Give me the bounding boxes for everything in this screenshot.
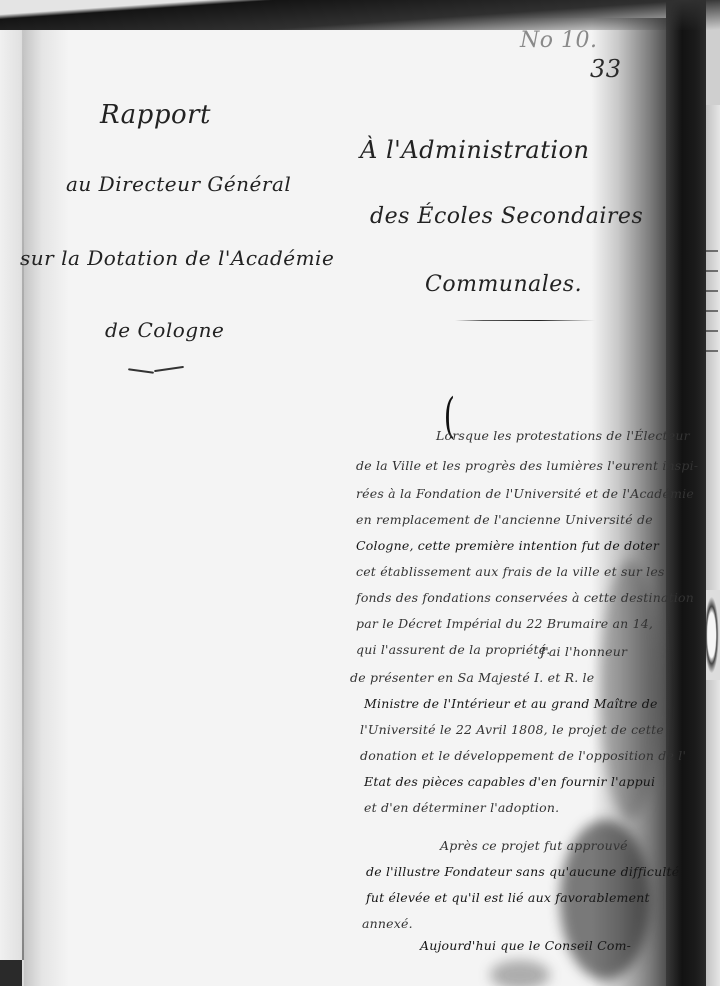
folio-number: No 10.: [520, 28, 597, 53]
body-line: de l'illustre Fondateur sans qu'aucune d…: [366, 864, 679, 879]
body-line: Ministre de l'Intérieur et au grand Maît…: [364, 696, 658, 711]
binding-corner: [0, 960, 22, 986]
body-line: cet établissement aux frais de la ville …: [356, 564, 665, 579]
body-line: Lorsque les protestations de l'Électeur: [436, 428, 690, 443]
left-heading-line: sur la Dotation de l'Académie: [20, 246, 334, 270]
address-line: À l'Administration: [360, 136, 589, 164]
body-line: J'ai l'honneur: [540, 644, 627, 659]
page-number: 33: [590, 55, 622, 83]
body-line: fonds des fondations conservées à cette …: [356, 590, 694, 605]
page-curl: [706, 590, 720, 680]
top-torn-edge: [0, 0, 720, 30]
body-line: de la Ville et les progrès des lumières …: [356, 458, 698, 473]
body-line: annexé.: [362, 916, 413, 931]
body-line: Après ce projet fut approuvé: [440, 838, 628, 853]
body-line: en remplacement de l'ancienne Université…: [356, 512, 653, 527]
body-line: Etat des pièces capables d'en fournir l'…: [364, 774, 655, 789]
adjacent-page-writing: [704, 240, 718, 360]
body-line: fut élevée et qu'il est lié aux favorabl…: [366, 890, 650, 905]
body-line: par le Décret Impérial du 22 Brumaire an…: [356, 616, 653, 631]
address-line: des Écoles Secondaires: [370, 204, 643, 229]
left-heading-line: au Directeur Général: [66, 172, 291, 196]
body-line: Aujourd'hui que le Conseil Com-: [420, 938, 631, 953]
body-line: et d'en déterminer l'adoption.: [364, 800, 559, 815]
scanned-document: No 10. 33 Rapport au Directeur Général s…: [0, 0, 720, 986]
body-line: qui l'assurent de la propriété.: [356, 642, 550, 657]
body-line: Cologne, cette première intention fut de…: [356, 538, 659, 553]
adjacent-page: [704, 105, 720, 986]
address-line: Communales.: [425, 272, 582, 297]
body-line: de présenter en Sa Majesté I. et R. le: [350, 670, 594, 685]
separator-rule: [455, 320, 595, 321]
left-heading-line: de Cologne: [105, 318, 224, 342]
report-title: Rapport: [100, 100, 211, 130]
body-line: rées à la Fondation de l'Université et d…: [356, 486, 694, 501]
stain: [490, 960, 550, 986]
body-line: donation et le développement de l'opposi…: [360, 748, 686, 763]
body-line: l'Université le 22 Avril 1808, le projet…: [360, 722, 664, 737]
